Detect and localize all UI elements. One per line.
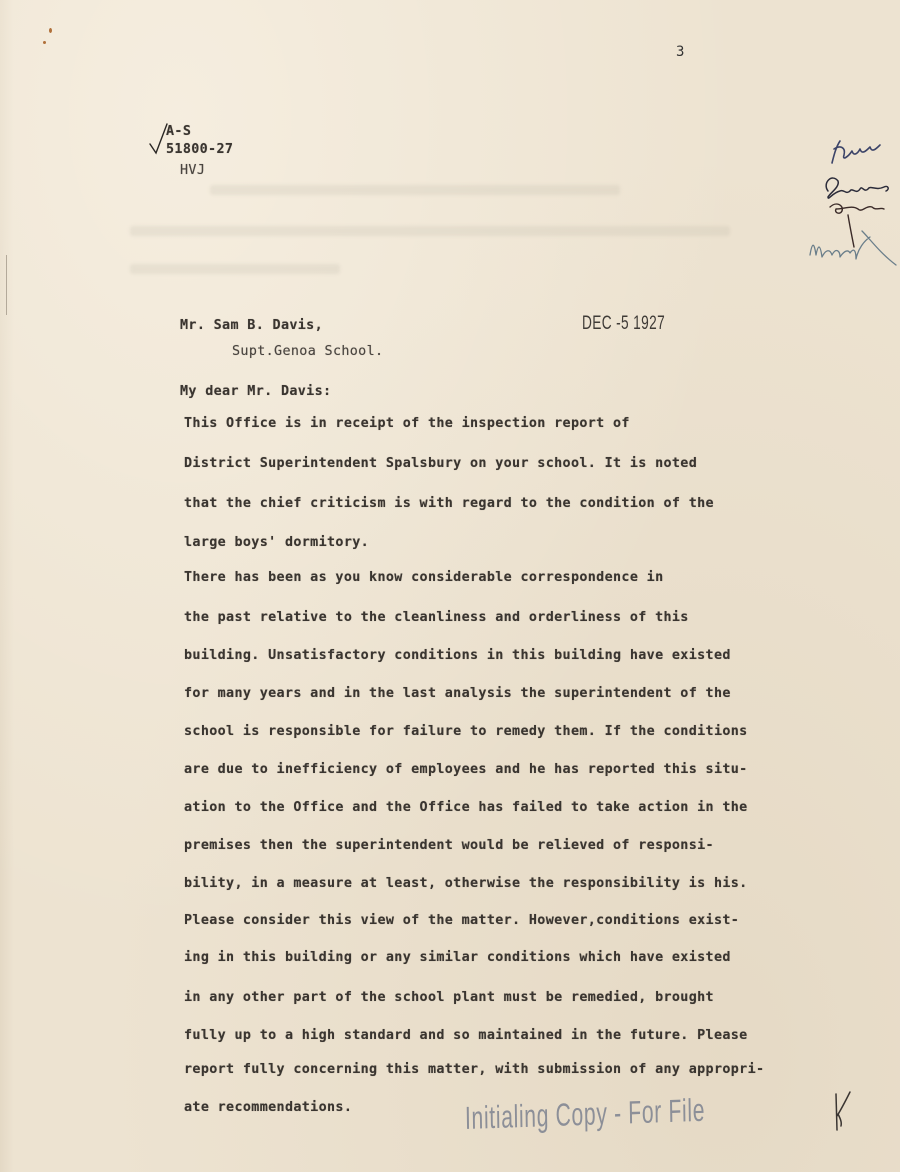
body-line-4: large boys' dormitory. [184, 535, 369, 550]
body-line-3: that the chief criticism is with regard … [184, 496, 714, 511]
date-stamp: DEC -5 1927 [582, 313, 665, 335]
bleed-through-text [130, 264, 340, 274]
body-line-7: building. Unsatisfactory conditions in t… [184, 648, 731, 663]
body-line-15: ing in this building or any similar cond… [184, 950, 731, 965]
paper-stain [43, 41, 46, 44]
initialing-copy-stamp: Initialing Copy - For File [465, 1092, 706, 1137]
body-line-13: bility, in a measure at least, otherwise… [184, 876, 748, 891]
reference-code-line2: 51800-27 [166, 142, 233, 157]
typist-initials: HVJ [180, 163, 205, 178]
body-line-18: report fully concerning this matter, wit… [184, 1062, 764, 1077]
body-line-14: Please consider this view of the matter.… [184, 913, 739, 928]
recipient-title: Supt.Genoa School. [232, 344, 383, 359]
body-line-17: fully up to a high standard and so maint… [184, 1028, 748, 1043]
binding-edge [0, 255, 7, 315]
body-line-10: are due to inefficiency of employees and… [184, 762, 748, 777]
handwritten-initials [800, 135, 900, 280]
paper-stain [49, 28, 52, 33]
body-line-1: This Office is in receipt of the inspect… [184, 416, 630, 431]
handwritten-k-mark [832, 1090, 854, 1140]
bleed-through-text [130, 226, 730, 236]
body-line-9: school is responsible for failure to rem… [184, 724, 748, 739]
body-line-11: ation to the Office and the Office has f… [184, 800, 748, 815]
body-line-16: in any other part of the school plant mu… [184, 990, 714, 1005]
bleed-through-text [210, 185, 620, 195]
salutation: My dear Mr. Davis: [180, 384, 331, 399]
body-line-19: ate recommendations. [184, 1100, 352, 1115]
reference-code-line1: A-S [166, 124, 191, 139]
body-line-6: the past relative to the cleanliness and… [184, 610, 689, 625]
body-line-8: for many years and in the last analysis … [184, 686, 731, 701]
body-line-5: There has been as you know considerable … [184, 570, 663, 585]
body-line-12: premises then the superintendent would b… [184, 838, 714, 853]
body-line-2: District Superintendent Spalsbury on you… [184, 456, 697, 471]
page-number: 3 [676, 44, 684, 60]
recipient-name: Mr. Sam B. Davis, [180, 318, 323, 333]
